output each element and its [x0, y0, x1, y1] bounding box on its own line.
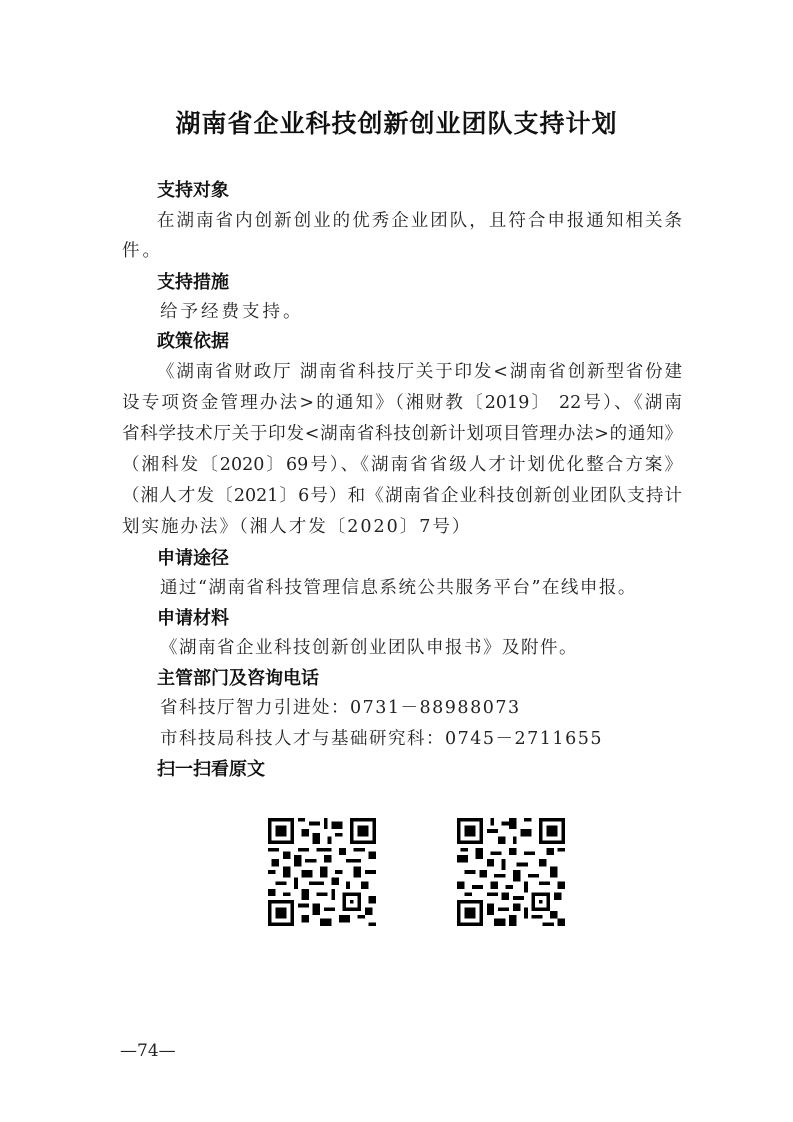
qr-code-icon [457, 818, 565, 926]
target-line-1: 在湖南省内创新创业的优秀企业团队，且符合申报通知相关条 [157, 207, 682, 232]
basis-line-1: 《湖南省财政厅 湖南省科技厅关于印发<湖南省创新型省份建 [157, 358, 682, 383]
target-line-2: 件。 [122, 237, 163, 262]
basis-line-4: （湘科发〔2020〕69号）、《湖南省省级人才计划优化整合方案》 [122, 451, 682, 476]
basis-line-3: 省科学技术厅关于印发<湖南省科技创新计划项目管理办法>的通知》 [122, 420, 682, 445]
page-number: —74— [120, 1041, 176, 1061]
contact-line-2: 市科技局科技人才与基础研究科：0745－2711655 [160, 725, 603, 750]
section-heading-materials: 申请材料 [157, 604, 229, 630]
basis-line-2: 设专项资金管理办法>的通知》（湘财教〔2019〕 22号）、《湖南 [122, 389, 682, 414]
contact-line-1: 省科技厅智力引进处：0731－88988073 [160, 694, 521, 719]
basis-line-5: （湘人才发〔2021〕6号）和《湖南省企业科技创新创业团队支持计 [122, 482, 682, 507]
section-heading-basis: 政策依据 [157, 327, 229, 353]
section-heading-scan: 扫一扫看原文 [157, 755, 265, 781]
qr-code-2 [457, 818, 565, 926]
section-heading-contact: 主管部门及咨询电话 [157, 664, 319, 690]
section-heading-measures: 支持措施 [157, 268, 229, 294]
section-heading-channel: 申请途径 [157, 544, 229, 570]
document-page: 湖南省企业科技创新创业团队支持计划 支持对象 在湖南省内创新创业的优秀企业团队，… [0, 0, 793, 1122]
basis-line-6: 划实施办法》（湘人才发〔2020〕7号） [122, 513, 471, 538]
qr-code-1 [268, 818, 376, 926]
qr-code-icon [268, 818, 376, 926]
channel-line-1: 通过“湖南省科技管理信息系统公共服务平台”在线申报。 [160, 574, 637, 599]
section-heading-target: 支持对象 [157, 176, 229, 202]
measures-line-1: 给予经费支持。 [160, 298, 304, 323]
materials-line-1: 《湖南省企业科技创新创业团队申报书》及附件。 [160, 634, 578, 659]
page-title: 湖南省企业科技创新创业团队支持计划 [0, 104, 793, 140]
